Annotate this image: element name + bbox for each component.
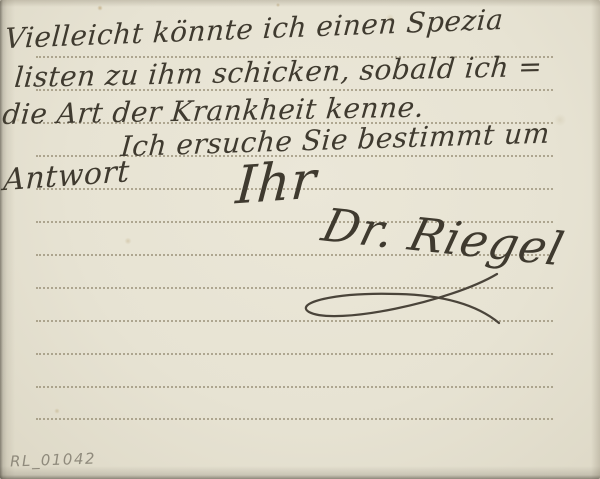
- ruled-line: [36, 386, 553, 388]
- handwritten-line-1: Vielleicht könnte ich einen Spezia: [4, 3, 505, 55]
- ruled-line: [36, 418, 553, 420]
- signature: Dr. Riegel: [317, 198, 570, 276]
- signature-flourish: [290, 266, 505, 338]
- handwritten-line-5: Antwort: [3, 154, 131, 198]
- ruled-line: [36, 287, 553, 289]
- catalog-number: RL_01042: [10, 450, 97, 471]
- scanned-handwritten-card: Vielleicht könnte ich einen Spezia liste…: [0, 0, 600, 479]
- handwritten-closing: Ihr: [234, 150, 318, 216]
- ruled-line: [36, 320, 553, 322]
- ruled-line: [36, 353, 553, 355]
